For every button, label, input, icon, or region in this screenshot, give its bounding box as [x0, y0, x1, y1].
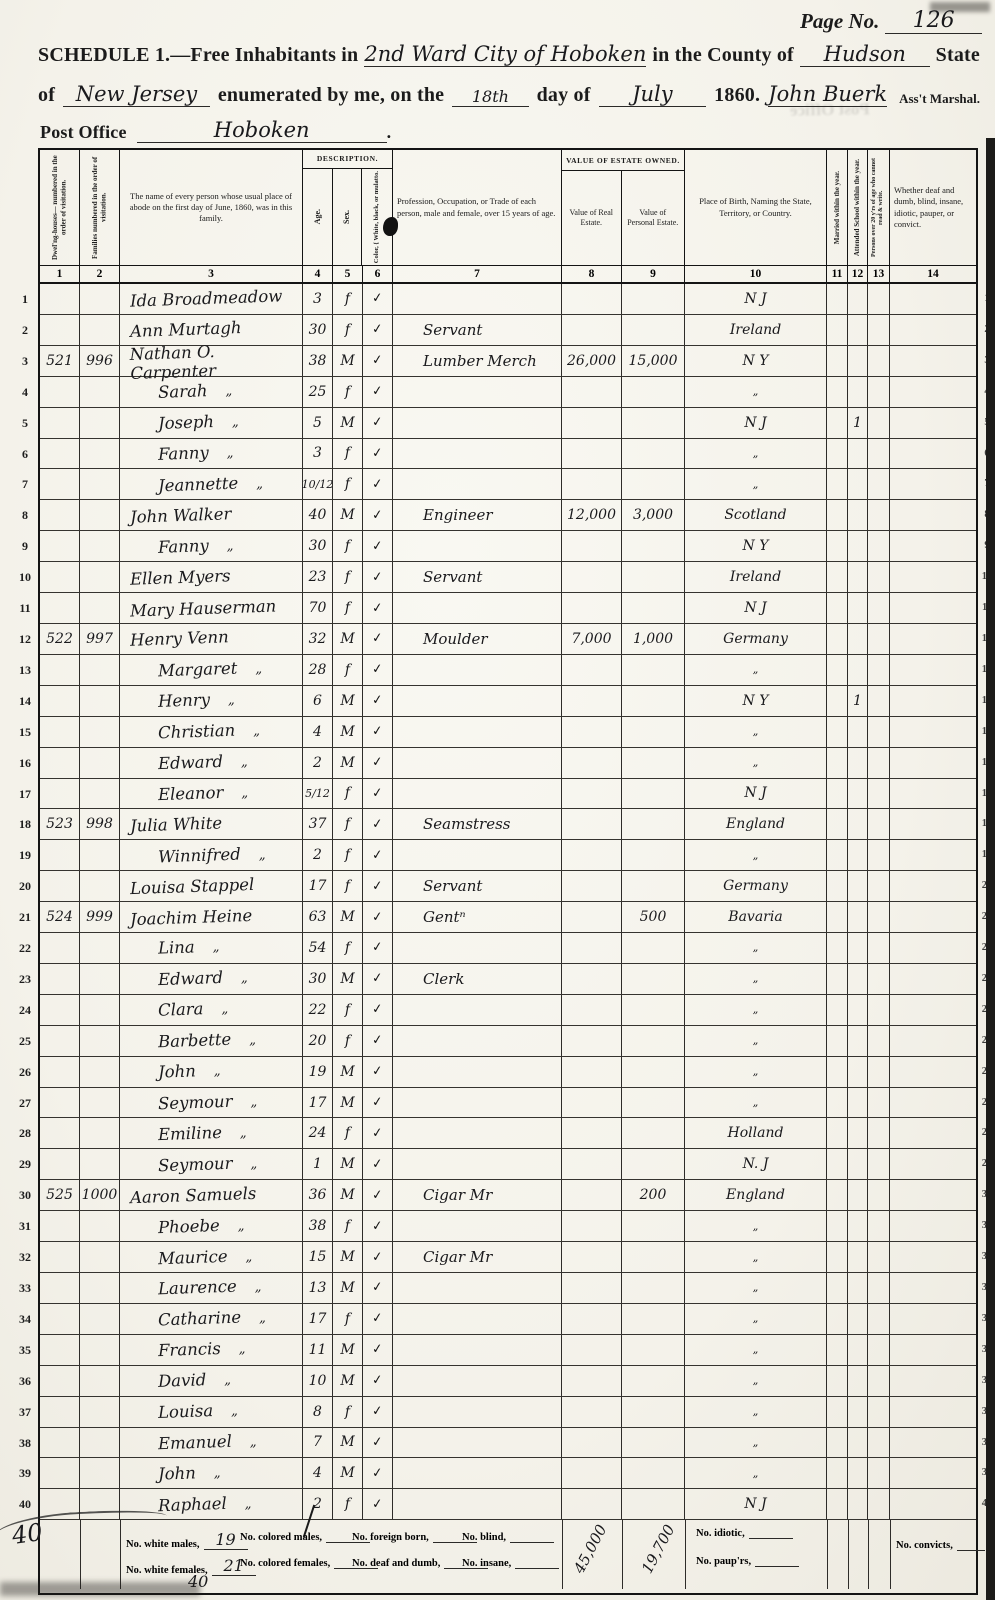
cell-sex: M — [333, 964, 363, 994]
cell-occupation: Clerk — [393, 964, 562, 994]
schedule-heading: SCHEDULE 1.—Free Inhabitants in — [38, 44, 358, 67]
cell-color: ✓ — [363, 964, 393, 994]
row-number-left-15: 15 — [14, 717, 36, 748]
cell-family — [80, 717, 120, 747]
cell-cannot-read — [868, 315, 890, 345]
cell-attended-school — [848, 500, 868, 530]
cell-attended-school — [848, 1335, 868, 1365]
cell-color: ✓ — [363, 1458, 393, 1488]
cell-dwelling — [40, 995, 80, 1025]
cell-family — [80, 1242, 120, 1272]
cell-color: ✓ — [363, 779, 393, 809]
cell-real-estate — [562, 593, 622, 623]
person-row-5: Joseph„5M✓N J1 — [40, 408, 976, 439]
color-check-mark: ✓ — [371, 785, 383, 801]
cell-attended-school — [848, 562, 868, 592]
cell-color: ✓ — [363, 439, 393, 469]
cell-sex: f — [333, 315, 363, 345]
cell-occupation: Seamstress — [393, 809, 562, 839]
cell-occupation: Lumber Merch — [393, 346, 562, 376]
cell-birthplace: Bavaria — [685, 902, 827, 932]
cell-cannot-read — [868, 964, 890, 994]
cell-age: 17 — [303, 871, 333, 901]
cell-sex: f — [333, 1489, 363, 1519]
cell-age: 63 — [303, 902, 333, 932]
cell-family — [80, 284, 120, 314]
cell-cannot-read — [868, 1057, 890, 1087]
cell-family — [80, 1304, 120, 1334]
row-numbers-left: 1234567891011121314151617181920212223242… — [14, 284, 36, 1520]
page-number-value: 126 — [885, 8, 982, 34]
color-check-mark: ✓ — [371, 816, 383, 832]
column-number-row: 1234567891011121314 — [40, 266, 976, 284]
color-check-mark: ✓ — [371, 415, 383, 431]
cell-married — [827, 779, 848, 809]
cell-age: 54 — [303, 933, 333, 963]
row-number-left-38: 38 — [14, 1428, 36, 1459]
person-row-9: Fanny„30f✓N Y — [40, 531, 976, 562]
cell-name: Winnifred„ — [120, 840, 303, 870]
name-ditto-mark: „ — [249, 1033, 256, 1048]
cell-name: Phoebe„ — [120, 1211, 303, 1241]
cell-attended-school — [848, 1273, 868, 1303]
cell-personal-estate — [622, 408, 685, 438]
cell-dwelling — [40, 1242, 80, 1272]
cell-remarks — [890, 1304, 976, 1334]
color-check-mark: ✓ — [371, 353, 383, 369]
cell-birthplace: „ — [685, 1458, 827, 1488]
cell-married — [827, 1335, 848, 1365]
cell-attended-school — [848, 1397, 868, 1427]
cell-age: 36 — [303, 1180, 333, 1210]
row-number-left-9: 9 — [14, 531, 36, 562]
color-check-mark: ✓ — [371, 971, 383, 987]
cell-attended-school — [848, 1489, 868, 1519]
row-number-left-36: 36 — [14, 1366, 36, 1397]
cell-family — [80, 315, 120, 345]
row-number-left-40: 40 — [14, 1489, 36, 1520]
cell-married — [827, 500, 848, 530]
cell-birthplace: N J — [685, 1489, 827, 1519]
cell-age: 24 — [303, 1118, 333, 1148]
name-ditto-mark: „ — [227, 539, 234, 554]
cell-name: Jeannette„ — [120, 469, 303, 499]
cell-age: 4 — [303, 1458, 333, 1488]
cell-sex: f — [333, 1211, 363, 1241]
cell-occupation — [393, 1366, 562, 1396]
cell-married — [827, 871, 848, 901]
cell-cannot-read — [868, 624, 890, 654]
color-check-mark: ✓ — [371, 1064, 383, 1080]
page-number-line: Page No. 126 — [800, 8, 982, 34]
cell-attended-school — [848, 1211, 868, 1241]
cell-family — [80, 1273, 120, 1303]
county-of-label: in the County of — [652, 44, 794, 67]
person-name: John — [158, 1061, 196, 1081]
person-row-24: Clara„22f✓„ — [40, 995, 976, 1026]
cell-dwelling: 525 — [40, 1180, 80, 1210]
col-header-married: Married within the year. — [827, 150, 848, 265]
row-number-left-26: 26 — [14, 1057, 36, 1088]
person-row-32: Maurice„15M✓Cigar Mr„ — [40, 1242, 976, 1273]
cell-married — [827, 748, 848, 778]
cell-cannot-read — [868, 1118, 890, 1148]
cell-cannot-read — [868, 346, 890, 376]
cell-attended-school — [848, 377, 868, 407]
cell-sex: f — [333, 593, 363, 623]
cell-personal-estate — [622, 655, 685, 685]
person-row-4: Sarah„25f✓„ — [40, 377, 976, 408]
cell-color: ✓ — [363, 1366, 393, 1396]
cell-name: Seymour„ — [120, 1149, 303, 1179]
cell-sex: f — [333, 1304, 363, 1334]
color-check-mark: ✓ — [371, 1434, 383, 1450]
cell-married — [827, 377, 848, 407]
cell-sex: M — [333, 408, 363, 438]
color-check-mark: ✓ — [371, 569, 383, 585]
cell-name: Fanny„ — [120, 439, 303, 469]
cell-dwelling — [40, 284, 80, 314]
cell-occupation — [393, 748, 562, 778]
cell-cannot-read — [868, 717, 890, 747]
cell-dwelling: 524 — [40, 902, 80, 932]
person-row-11: Mary Hauserman70f✓N J — [40, 593, 976, 624]
cell-attended-school — [848, 284, 868, 314]
cell-age: 10 — [303, 1366, 333, 1396]
cell-occupation — [393, 593, 562, 623]
cell-real-estate: 26,000 — [562, 346, 622, 376]
cell-cannot-read — [868, 748, 890, 778]
cell-birthplace: „ — [685, 964, 827, 994]
color-check-mark: ✓ — [371, 847, 383, 863]
cell-family: 998 — [80, 809, 120, 839]
cell-family — [80, 500, 120, 530]
cell-remarks — [890, 1180, 976, 1210]
cell-age: 15 — [303, 1242, 333, 1272]
cell-cannot-read — [868, 439, 890, 469]
name-ditto-mark: „ — [241, 971, 248, 986]
person-name: Julia White — [130, 813, 223, 835]
cell-color: ✓ — [363, 686, 393, 716]
cell-color: ✓ — [363, 1242, 393, 1272]
person-name: Henry — [158, 690, 211, 711]
cell-sex: M — [333, 500, 363, 530]
cell-remarks — [890, 748, 976, 778]
cell-age: 32 — [303, 624, 333, 654]
state-label: State — [936, 44, 980, 67]
color-check-mark: ✓ — [371, 1465, 383, 1481]
column-number-5: 5 — [333, 266, 363, 282]
col-header-real-estate: Value of Real Estate. — [562, 171, 622, 265]
cell-cannot-read — [868, 995, 890, 1025]
cell-remarks — [890, 717, 976, 747]
cell-occupation — [393, 1057, 562, 1087]
cell-remarks — [890, 408, 976, 438]
cell-family — [80, 748, 120, 778]
cell-name: Christian„ — [120, 717, 303, 747]
cell-color: ✓ — [363, 284, 393, 314]
cell-color: ✓ — [363, 933, 393, 963]
color-check-mark: ✓ — [371, 940, 383, 956]
cell-married — [827, 1458, 848, 1488]
cell-name: Ellen Myers — [120, 562, 303, 592]
cell-family — [80, 1026, 120, 1056]
person-name: Francis — [158, 1339, 221, 1360]
cell-color: ✓ — [363, 840, 393, 870]
idiotic-stat: No. idiotic, — [696, 1528, 793, 1539]
cell-cannot-read — [868, 469, 890, 499]
cell-age: 38 — [303, 346, 333, 376]
schedule-title-line-1: SCHEDULE 1.—Free Inhabitants in 2nd Ward… — [38, 42, 980, 67]
person-name: Raphael — [158, 1494, 227, 1515]
person-row-26: John„19M✓„ — [40, 1057, 976, 1088]
cell-personal-estate: 3,000 — [622, 500, 685, 530]
cell-sex: f — [333, 377, 363, 407]
cell-personal-estate — [622, 284, 685, 314]
cell-birthplace: Germany — [685, 871, 827, 901]
person-name: Edward — [158, 752, 224, 773]
cell-name: Nathan O. Carpenter — [120, 346, 303, 376]
row-number-left-32: 32 — [14, 1242, 36, 1273]
person-name: Maurice — [158, 1246, 228, 1267]
cell-occupation — [393, 377, 562, 407]
cell-color: ✓ — [363, 377, 393, 407]
color-check-mark: ✓ — [371, 662, 383, 678]
name-ditto-mark: „ — [221, 1002, 228, 1017]
column-number-14: 14 — [890, 266, 976, 282]
cell-name: Edward„ — [120, 748, 303, 778]
cell-occupation — [393, 439, 562, 469]
cell-dwelling — [40, 1273, 80, 1303]
person-name: Edward — [158, 968, 224, 989]
colored-males-stat: No. colored males, — [240, 1532, 370, 1543]
cell-married — [827, 902, 848, 932]
cell-birthplace: „ — [685, 717, 827, 747]
cell-dwelling — [40, 1057, 80, 1087]
cell-sex: M — [333, 1242, 363, 1272]
cell-color: ✓ — [363, 1057, 393, 1087]
row-number-left-11: 11 — [14, 593, 36, 624]
cell-remarks — [890, 809, 976, 839]
col-header-birthplace: Place of Birth, Naming the State, Territ… — [685, 150, 827, 265]
cell-attended-school — [848, 1088, 868, 1118]
cell-personal-estate — [622, 840, 685, 870]
cell-dwelling — [40, 779, 80, 809]
cell-dwelling — [40, 593, 80, 623]
cell-married — [827, 964, 848, 994]
real-estate-total-handwritten: 45,000 — [570, 1522, 611, 1577]
cell-remarks — [890, 439, 976, 469]
cell-dwelling — [40, 1026, 80, 1056]
person-row-23: Edward„30M✓Clerk„ — [40, 964, 976, 995]
cell-real-estate: 7,000 — [562, 624, 622, 654]
cell-birthplace: „ — [685, 1335, 827, 1365]
name-ditto-mark: „ — [255, 1280, 262, 1295]
cell-personal-estate — [622, 748, 685, 778]
cell-color: ✓ — [363, 562, 393, 592]
cell-cannot-read — [868, 933, 890, 963]
person-row-14: Henry„6M✓N Y1 — [40, 686, 976, 717]
cell-cannot-read — [868, 871, 890, 901]
cell-color: ✓ — [363, 1489, 393, 1519]
cell-sex: f — [333, 655, 363, 685]
cell-cannot-read — [868, 1428, 890, 1458]
cell-cannot-read — [868, 562, 890, 592]
cell-birthplace: „ — [685, 995, 827, 1025]
cell-real-estate — [562, 1304, 622, 1334]
cell-personal-estate — [622, 809, 685, 839]
cell-attended-school — [848, 624, 868, 654]
person-name: Henry Venn — [130, 628, 229, 650]
cell-occupation — [393, 408, 562, 438]
cell-family — [80, 531, 120, 561]
cell-married — [827, 439, 848, 469]
marshal-name-handwritten: John Buerk — [768, 82, 887, 107]
cell-dwelling — [40, 1118, 80, 1148]
cell-sex: M — [333, 717, 363, 747]
person-row-34: Catharine„17f✓„ — [40, 1304, 976, 1335]
cell-birthplace: Germany — [685, 624, 827, 654]
name-ditto-mark: „ — [214, 1064, 221, 1079]
cell-color: ✓ — [363, 655, 393, 685]
col-header-personal-estate: Value of Personal Estate. — [622, 171, 684, 265]
cell-real-estate — [562, 284, 622, 314]
cell-occupation — [393, 1428, 562, 1458]
person-row-28: Emiline„24f✓Holland — [40, 1118, 976, 1149]
margin-page-total: 40 — [10, 1518, 44, 1550]
cell-attended-school — [848, 748, 868, 778]
cell-remarks — [890, 1273, 976, 1303]
name-ditto-mark: „ — [226, 384, 233, 399]
cell-occupation — [393, 1088, 562, 1118]
blind-stat: No. blind, — [462, 1532, 554, 1543]
cell-occupation: Servant — [393, 562, 562, 592]
cell-name: Joachim Heine — [120, 902, 303, 932]
name-ditto-mark: „ — [259, 848, 266, 863]
cell-real-estate — [562, 1273, 622, 1303]
cell-dwelling — [40, 562, 80, 592]
row-number-left-12: 12 — [14, 624, 36, 655]
color-check-mark: ✓ — [371, 909, 383, 925]
row-number-left-4: 4 — [14, 377, 36, 408]
cell-cannot-read — [868, 1026, 890, 1056]
description-group-label: Description. — [303, 150, 392, 169]
cell-remarks — [890, 624, 976, 654]
color-check-mark: ✓ — [371, 445, 383, 461]
cell-remarks — [890, 1397, 976, 1427]
person-name: Ida Broadmeadow — [130, 287, 283, 311]
cell-birthplace: N Y — [685, 686, 827, 716]
cell-dwelling — [40, 686, 80, 716]
cell-sex: f — [333, 1026, 363, 1056]
cell-cannot-read — [868, 1458, 890, 1488]
cell-name: Clara„ — [120, 995, 303, 1025]
col-header-remarks: Whether deaf and dumb, blind, insane, id… — [890, 150, 976, 265]
cell-family — [80, 1397, 120, 1427]
person-name: Christian — [158, 721, 236, 743]
paupers-stat: No. paup'rs, — [696, 1556, 799, 1567]
cell-color: ✓ — [363, 346, 393, 376]
description-group: Description. Age. Sex. Color, { White, b… — [303, 150, 393, 265]
cell-married — [827, 346, 848, 376]
row-number-left-33: 33 — [14, 1273, 36, 1304]
cell-attended-school — [848, 779, 868, 809]
cell-birthplace: „ — [685, 1088, 827, 1118]
cell-name: Margaret„ — [120, 655, 303, 685]
column-number-2: 2 — [80, 266, 120, 282]
cell-birthplace: Scotland — [685, 500, 827, 530]
cell-name: Joseph„ — [120, 408, 303, 438]
person-name: David — [158, 1370, 207, 1391]
cell-age: 28 — [303, 655, 333, 685]
cell-attended-school — [848, 995, 868, 1025]
district-handwritten: 2nd Ward City of Hoboken — [364, 42, 646, 67]
cell-remarks — [890, 284, 976, 314]
cell-personal-estate — [622, 1335, 685, 1365]
cell-personal-estate — [622, 933, 685, 963]
cell-real-estate — [562, 1180, 622, 1210]
cell-family — [80, 871, 120, 901]
cell-remarks — [890, 964, 976, 994]
cell-sex: f — [333, 840, 363, 870]
table-footer: No. white males,19 No. colored males, No… — [40, 1520, 976, 1589]
cell-birthplace: N J — [685, 593, 827, 623]
cell-color: ✓ — [363, 1428, 393, 1458]
cell-age: 8 — [303, 1397, 333, 1427]
cell-personal-estate: 1,000 — [622, 624, 685, 654]
cell-personal-estate — [622, 315, 685, 345]
row-number-left-5: 5 — [14, 408, 36, 439]
post-office-label: Post Office — [40, 122, 127, 143]
cell-attended-school — [848, 1180, 868, 1210]
person-row-8: John Walker40M✓Engineer12,0003,000Scotla… — [40, 500, 976, 531]
cell-birthplace: Ireland — [685, 562, 827, 592]
cell-attended-school — [848, 439, 868, 469]
cell-married — [827, 315, 848, 345]
cell-real-estate — [562, 871, 622, 901]
person-name: Joachim Heine — [130, 905, 253, 928]
cell-real-estate — [562, 717, 622, 747]
name-ditto-mark: „ — [231, 1404, 238, 1419]
cell-remarks — [890, 1118, 976, 1148]
person-row-12: 522997Henry Venn32M✓Moulder7,0001,000Ger… — [40, 624, 976, 655]
cell-cannot-read — [868, 1149, 890, 1179]
color-check-mark: ✓ — [371, 693, 383, 709]
person-name: Clara — [158, 1000, 204, 1021]
cell-dwelling — [40, 871, 80, 901]
cell-personal-estate — [622, 1088, 685, 1118]
cell-real-estate — [562, 809, 622, 839]
cell-real-estate — [562, 1458, 622, 1488]
cell-occupation — [393, 933, 562, 963]
cell-family — [80, 1088, 120, 1118]
person-row-27: Seymour„17M✓„ — [40, 1088, 976, 1119]
cell-name: Emanuel„ — [120, 1428, 303, 1458]
cell-color: ✓ — [363, 1149, 393, 1179]
person-row-16: Edward„2M✓„ — [40, 748, 976, 779]
cell-birthplace: N Y — [685, 531, 827, 561]
cell-color: ✓ — [363, 1026, 393, 1056]
person-row-2: Ann Murtagh30f✓ServantIreland — [40, 315, 976, 346]
cell-birthplace: „ — [685, 1026, 827, 1056]
day-of-label: day of — [537, 84, 591, 107]
cell-personal-estate — [622, 995, 685, 1025]
row-number-left-23: 23 — [14, 964, 36, 995]
name-ditto-mark: „ — [239, 1342, 246, 1357]
cell-married — [827, 1304, 848, 1334]
row-number-left-27: 27 — [14, 1088, 36, 1119]
name-ditto-mark: „ — [250, 1435, 257, 1450]
